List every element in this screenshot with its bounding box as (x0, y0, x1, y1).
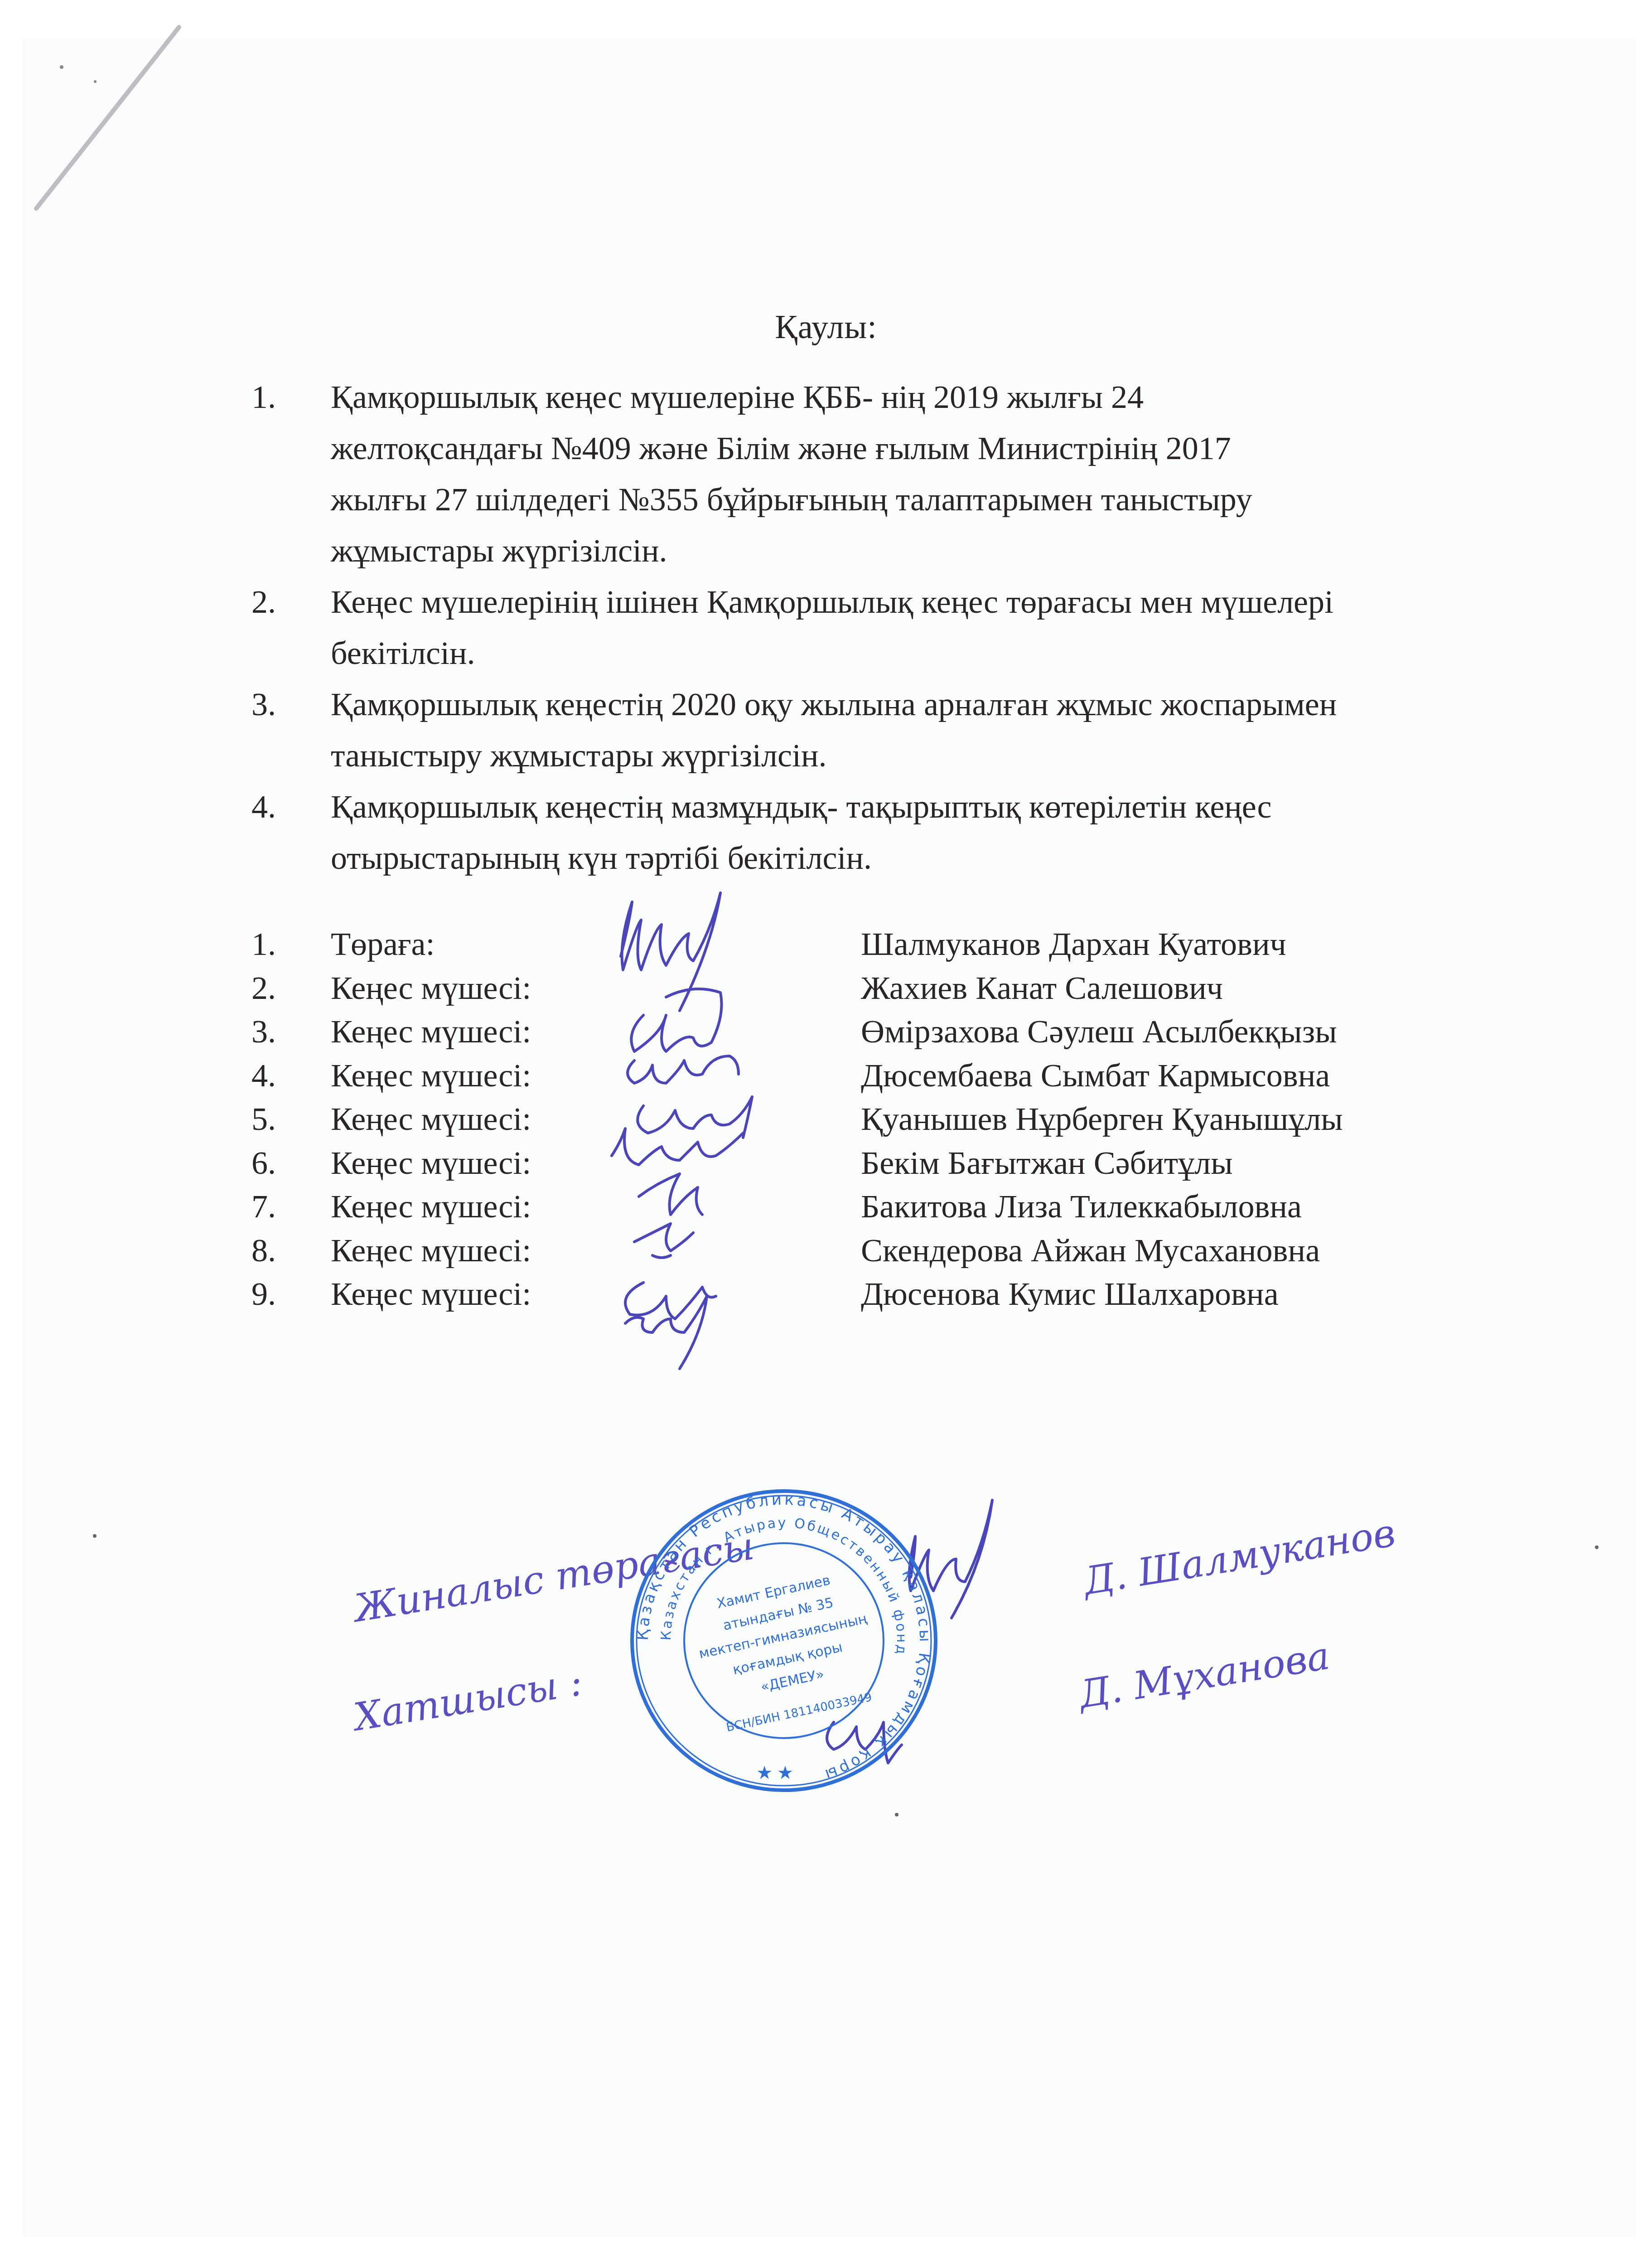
resolution-line: Қамқоршылық кеңестің мазмұндық- тақырыпт… (331, 781, 1475, 833)
resolution-line: бекітілсін. (331, 628, 1475, 679)
stamp-star-icon: ★ ★ (756, 1763, 793, 1783)
member-name: Шалмуканов Дархан Куатович (861, 922, 1286, 966)
resolution-line: жылғы 27 шілдедегі №355 бұйрығының талап… (331, 474, 1475, 525)
member-role: Кеңес мүшесі: (331, 1185, 531, 1229)
member-name: Бакитова Лиза Тилеккабыловна (861, 1185, 1302, 1229)
member-name: Скендерова Айжан Мусахановна (861, 1229, 1320, 1273)
member-number: 7. (251, 1185, 276, 1229)
resolution-item: 4. Қамқоршылық кеңестің мазмұндық- тақыр… (251, 781, 1475, 884)
member-name: Қуанышев Нұрберген Қуанышұлы (861, 1097, 1343, 1141)
member-row: 7.Кеңес мүшесі:Бакитова Лиза Тилеккабыло… (251, 1185, 1611, 1229)
member-row: 5.Кеңес мүшесі:Қуанышев Нұрберген Қуаныш… (251, 1097, 1611, 1141)
resolution-line: Қамқоршылық кеңестің 2020 оқу жылына арн… (331, 679, 1475, 730)
member-number: 2. (251, 966, 276, 1010)
member-number: 9. (251, 1272, 276, 1316)
resolution-number: 2. (251, 576, 276, 628)
resolution-number: 1. (251, 372, 276, 423)
member-row: 6.Кеңес мүшесі:Бекім Бағытжан Сәбитұлы (251, 1141, 1611, 1185)
member-list: 1.Төраға:Шалмуканов Дархан Куатович 2.Ке… (251, 922, 1611, 1316)
resolution-list: 1. Қамқоршылық кеңес мүшелеріне ҚББ- нің… (251, 372, 1475, 884)
member-number: 1. (251, 922, 276, 966)
resolution-line: таныстыру жұмыстары жүргізілсін. (331, 730, 1475, 781)
resolution-line: Кеңес мүшелерінің ішінен Қамқоршылық кең… (331, 576, 1475, 628)
member-row: 4.Кеңес мүшесі:Дюсембаева Сымбат Кармысо… (251, 1054, 1611, 1098)
organization-stamp: Қазақстан Республикасы Атырау қаласы Қоғ… (625, 1482, 942, 1799)
member-number: 8. (251, 1229, 276, 1273)
member-name: Дюсенова Кумис Шалхаровна (861, 1272, 1279, 1316)
member-role: Кеңес мүшесі: (331, 966, 531, 1010)
member-number: 6. (251, 1141, 276, 1185)
resolution-line: Қамқоршылық кеңес мүшелеріне ҚББ- нің 20… (331, 372, 1475, 423)
resolution-item: 1. Қамқоршылық кеңес мүшелеріне ҚББ- нің… (251, 372, 1475, 576)
member-role: Кеңес мүшесі: (331, 1229, 531, 1273)
scan-speck (895, 1813, 898, 1816)
document-title: Қаулы: (0, 308, 1652, 347)
member-number: 4. (251, 1054, 276, 1098)
member-role: Кеңес мүшесі: (331, 1010, 531, 1054)
member-role: Кеңес мүшесі: (331, 1272, 531, 1316)
member-row: 9.Кеңес мүшесі:Дюсенова Кумис Шалхаровна (251, 1272, 1611, 1316)
member-role: Төраға: (331, 922, 435, 966)
member-name: Өмірзахова Сәулеш Асылбекқызы (861, 1010, 1337, 1054)
resolution-line: отырыстарының күн тәртібі бекітілсін. (331, 833, 1475, 884)
resolution-item: 2. Кеңес мүшелерінің ішінен Қамқоршылық … (251, 576, 1475, 679)
resolution-line: жұмыстары жүргізілсін. (331, 525, 1475, 576)
resolution-item: 3. Қамқоршылық кеңестің 2020 оқу жылына … (251, 679, 1475, 781)
resolution-number: 4. (251, 781, 276, 833)
resolution-number: 3. (251, 679, 276, 730)
member-role: Кеңес мүшесі: (331, 1097, 531, 1141)
member-row: 8.Кеңес мүшесі:Скендерова Айжан Мусахано… (251, 1229, 1611, 1273)
member-number: 5. (251, 1097, 276, 1141)
member-row: 1.Төраға:Шалмуканов Дархан Куатович (251, 922, 1611, 966)
scan-speck (93, 1534, 97, 1538)
member-name: Жахиев Канат Салешович (861, 966, 1223, 1010)
member-role: Кеңес мүшесі: (331, 1054, 531, 1098)
stamp-center-line: «ДЕМЕУ» (759, 1666, 826, 1695)
member-role: Кеңес мүшесі: (331, 1141, 531, 1185)
member-name: Бекім Бағытжан Сәбитұлы (861, 1141, 1233, 1185)
member-name: Дюсембаева Сымбат Кармысовна (861, 1054, 1330, 1098)
member-number: 3. (251, 1010, 276, 1054)
resolution-line: желтоқсандағы №409 және Білім және ғылым… (331, 423, 1475, 474)
member-row: 2.Кеңес мүшесі:Жахиев Канат Салешович (251, 966, 1611, 1010)
member-row: 3.Кеңес мүшесі:Өмірзахова Сәулеш Асылбек… (251, 1010, 1611, 1054)
scan-speck (1595, 1545, 1599, 1549)
